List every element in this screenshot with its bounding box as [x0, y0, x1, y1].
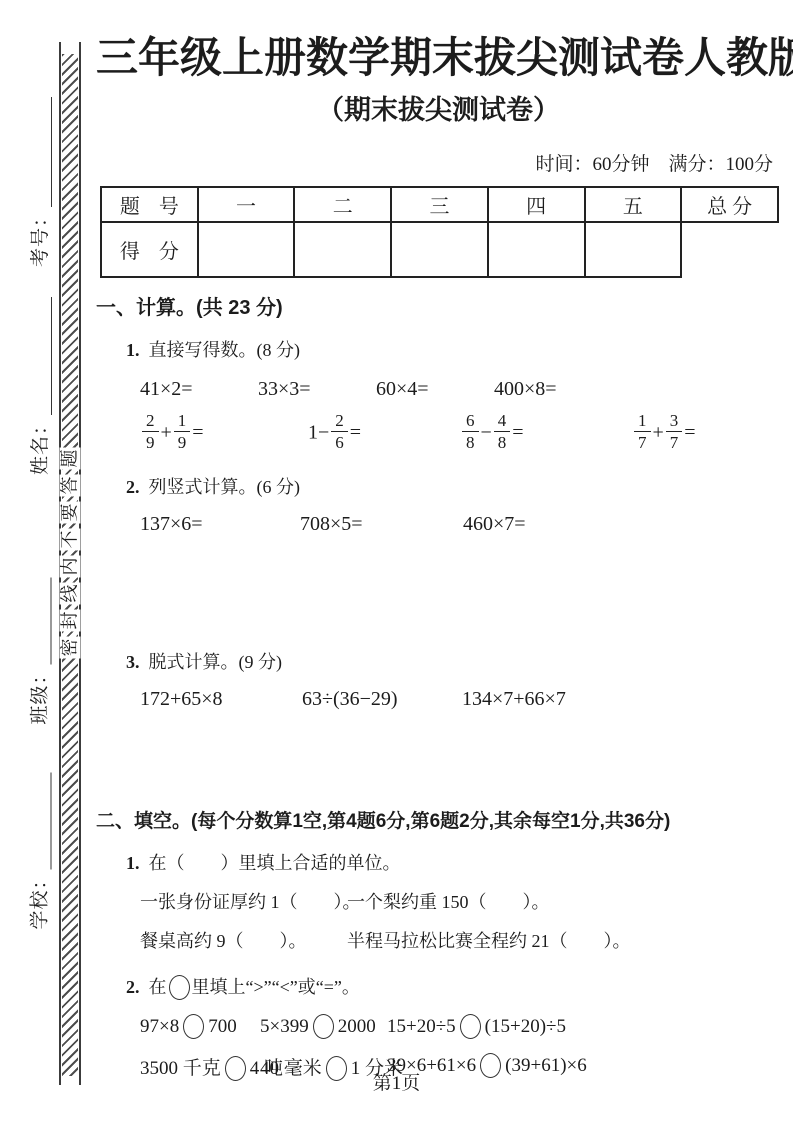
direct-calc-row: 41×2= 33×3= 60×4= 400×8=	[96, 378, 781, 401]
exam-content: 三年级上册数学期末拔尖测试卷人教版 （期末拔尖测试卷） 时间：60分钟 满分：1…	[96, 0, 781, 1081]
seal-text-char: 不	[60, 529, 81, 551]
question-text-pre: 在	[149, 977, 167, 997]
field-label: 学校：	[25, 869, 52, 929]
seal-text: 题 答 要 不 内 线 封 密	[59, 448, 81, 658]
fraction-denominator: 8	[494, 432, 511, 452]
fill-blank-item: 一张身份证厚约 1（ ）。	[140, 888, 347, 914]
compare-circle-icon	[460, 1014, 481, 1039]
column-calc-row: 137×6= 708×5= 460×7=	[96, 513, 781, 536]
exam-subtitle: （期末拔尖测试卷）	[96, 88, 781, 127]
question-number: 2.	[126, 977, 140, 997]
score-cell-empty	[198, 222, 295, 277]
fill-question-2-label: 2.在里填上“>”“<”或“=”。	[126, 973, 781, 1000]
comparison-item: 15+20÷5(15+20)÷5	[387, 1014, 566, 1039]
time-score-info: 时间：60分钟 满分：100分	[96, 149, 781, 176]
math-expression: 17+37=	[632, 411, 696, 455]
field-underline	[35, 578, 52, 665]
field-class: 班级：	[28, 578, 52, 725]
math-expression: 137×6=	[140, 513, 300, 536]
fraction-denominator: 8	[462, 432, 479, 452]
fill-blank-item: 一个梨约重 150（ ）。	[347, 888, 550, 914]
equals-sign: =	[192, 422, 203, 444]
field-school: 学校：	[28, 773, 52, 930]
score-table-header-row: 题 号 一 二 三 四 五 总 分	[101, 187, 778, 222]
operator: −	[481, 422, 492, 444]
fraction-denominator: 7	[634, 432, 651, 452]
fraction-numerator: 4	[494, 411, 511, 432]
fraction-denominator: 9	[174, 432, 191, 452]
fraction-numerator: 6	[462, 411, 479, 432]
score-header-cell: 总 分	[681, 187, 778, 222]
score-cell-empty	[391, 222, 488, 277]
math-expression: 708×5=	[300, 513, 463, 536]
fraction-numerator: 2	[331, 411, 348, 432]
math-expression: 172+65×8	[140, 688, 302, 711]
math-expression: 400×8=	[494, 378, 557, 401]
exam-page: 题 答 要 不 内 线 封 密 考号： 姓名： 班级： 学校： 三年级上册数学期…	[0, 0, 793, 1122]
comparison-item: 97×8700	[140, 1014, 260, 1039]
question-number: 3.	[126, 652, 140, 672]
left-expression: 97×8	[140, 1016, 179, 1037]
seal-text-char: 内	[60, 556, 81, 578]
math-expression: 33×3=	[258, 378, 376, 401]
fraction-numerator: 1	[174, 411, 191, 432]
field-label: 姓名：	[25, 415, 52, 475]
unit-fill-row: 一张身份证厚约 1（ ）。 一个梨约重 150（ ）。	[96, 888, 781, 914]
fraction-numerator: 2	[142, 411, 159, 432]
compare-circle-icon	[169, 975, 190, 1000]
math-expression: 41×2=	[140, 378, 258, 401]
question-number: 1.	[126, 853, 140, 873]
question-text: 脱式计算。(9 分)	[149, 652, 283, 672]
fraction: 26	[331, 411, 348, 452]
score-header-cell: 题 号	[101, 187, 198, 222]
equals-sign: =	[512, 422, 523, 444]
right-expression: (15+20)÷5	[485, 1016, 566, 1037]
math-expression: 29+19=	[140, 411, 308, 455]
seal-text-char: 线	[60, 583, 81, 605]
exam-title: 三年级上册数学期末拔尖测试卷人教版	[96, 34, 781, 82]
question-number: 1.	[126, 340, 140, 360]
score-header-cell: 四	[488, 187, 585, 222]
seal-text-char: 封	[60, 610, 81, 632]
seal-text-char: 题	[60, 448, 81, 470]
fraction: 17	[634, 411, 651, 452]
left-expression: 15+20÷5	[387, 1016, 456, 1037]
question-text-post: 里填上“>”“<”或“=”。	[192, 977, 360, 997]
math-expression: 1−26=	[308, 411, 460, 455]
unit-fill-row: 餐桌高约 9（ ）。 半程马拉松比赛全程约 21（ ）。	[96, 927, 781, 953]
score-header-cell: 三	[391, 187, 488, 222]
score-cell-empty	[488, 222, 585, 277]
question-text: 在（ ）里填上合适的单位。	[149, 853, 401, 873]
question-3-label: 3.脱式计算。(9 分)	[126, 648, 781, 674]
left-expression: 5×399	[260, 1016, 309, 1037]
field-underline	[35, 773, 52, 870]
fill-blank-item: 半程马拉松比赛全程约 21（ ）。	[347, 927, 631, 953]
operator: +	[653, 422, 664, 444]
math-expression: 68−48=	[460, 411, 632, 455]
score-header-cell: 二	[294, 187, 391, 222]
fraction: 37	[666, 411, 683, 452]
seal-line: 题 答 要 不 内 线 封 密	[59, 42, 81, 1085]
math-expression: 460×7=	[463, 513, 526, 536]
fraction: 29	[142, 411, 159, 452]
leading-term: 1−	[308, 422, 329, 444]
fraction-numerator: 1	[634, 411, 651, 432]
fraction-denominator: 6	[331, 432, 348, 452]
compare-circle-icon	[313, 1014, 334, 1039]
seal-text-char: 密	[60, 637, 81, 659]
comparison-row: 97×8700 5×3992000 15+20÷5(15+20)÷5	[96, 1014, 781, 1039]
question-number: 2.	[126, 477, 140, 497]
operator: +	[161, 422, 172, 444]
question-2-label: 2.列竖式计算。(6 分)	[126, 473, 781, 499]
score-cell-empty	[585, 222, 682, 277]
compare-circle-icon	[183, 1014, 204, 1039]
fill-question-1-label: 1.在（ ）里填上合适的单位。	[126, 849, 781, 875]
section-1-heading: 一、计算。(共 23 分)	[96, 291, 781, 320]
fraction-calc-row: 29+19= 1−26= 68−48= 17+37=	[96, 411, 781, 455]
math-expression: 60×4=	[376, 378, 494, 401]
field-label: 考号：	[25, 207, 52, 267]
question-text: 列竖式计算。(6 分)	[149, 477, 301, 497]
math-expression: 63÷(36−29)	[302, 688, 462, 711]
step-calc-row: 172+65×8 63÷(36−29) 134×7+66×7	[96, 688, 781, 711]
fraction-denominator: 9	[142, 432, 159, 452]
score-cell-empty	[294, 222, 391, 277]
fraction-numerator: 3	[666, 411, 683, 432]
fraction-denominator: 7	[666, 432, 683, 452]
score-header-cell: 一	[198, 187, 295, 222]
question-1-label: 1.直接写得数。(8 分)	[126, 336, 781, 362]
comparison-item: 5×3992000	[260, 1014, 387, 1039]
score-table-score-row: 得 分	[101, 222, 778, 277]
seal-text-char: 答	[60, 475, 81, 497]
right-expression: 700	[208, 1016, 237, 1037]
score-table: 题 号 一 二 三 四 五 总 分 得 分	[100, 186, 779, 278]
fraction: 19	[174, 411, 191, 452]
field-underline	[35, 297, 52, 415]
field-underline	[35, 97, 52, 207]
fraction: 48	[494, 411, 511, 452]
field-student-name: 姓名：	[28, 297, 52, 475]
question-text: 直接写得数。(8 分)	[149, 340, 301, 360]
section-2-heading: 二、填空。(每个分数算1空,第4题6分,第6题2分,其余每空1分,共36分)	[96, 806, 781, 833]
seal-text-char: 要	[60, 502, 81, 524]
equals-sign: =	[350, 422, 361, 444]
math-expression: 134×7+66×7	[462, 688, 566, 711]
field-label: 班级：	[25, 664, 52, 724]
score-header-cell: 五	[585, 187, 682, 222]
fill-blank-item: 餐桌高约 9（ ）。	[140, 927, 347, 953]
fraction: 68	[462, 411, 479, 452]
equals-sign: =	[684, 422, 695, 444]
score-row-label: 得 分	[101, 222, 198, 277]
right-expression: 2000	[338, 1016, 376, 1037]
field-exam-number: 考号：	[28, 97, 52, 267]
page-footer: 第1页	[0, 1068, 793, 1095]
